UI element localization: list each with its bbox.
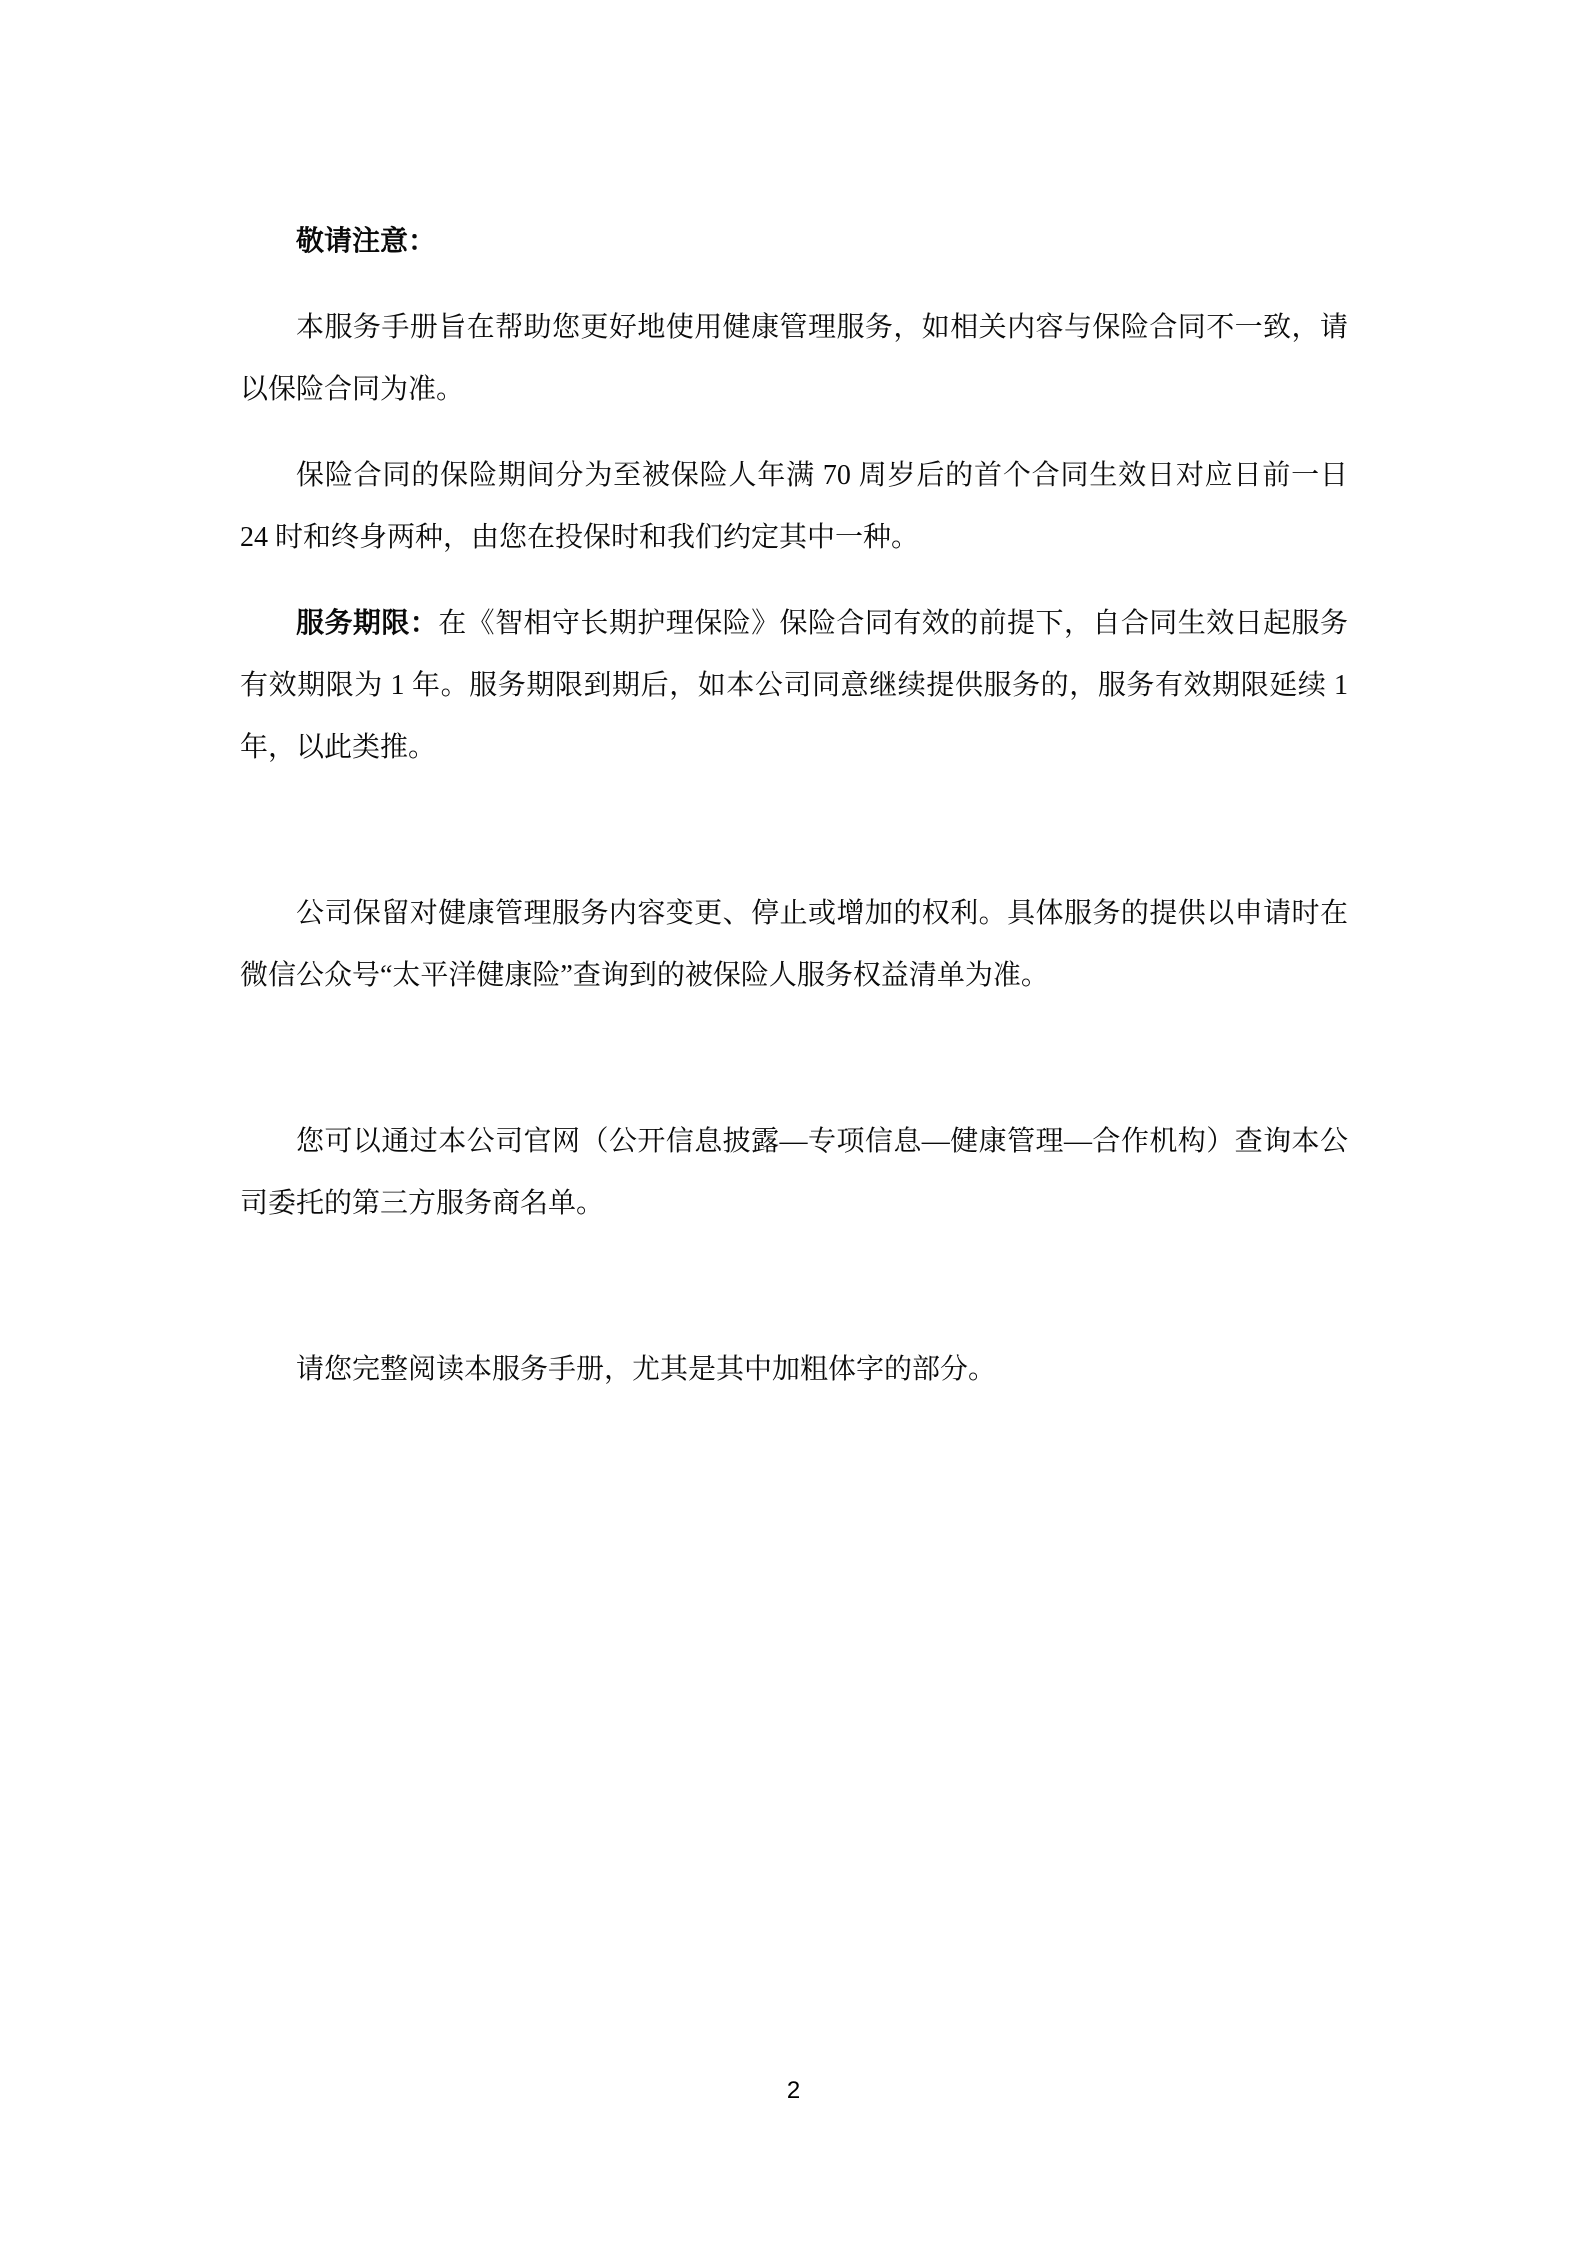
- paragraph-rights-reservation: 公司保留对健康管理服务内容变更、停止或增加的权利。具体服务的提供以申请时在微信公…: [240, 883, 1348, 1007]
- document-body: 敬请注意： 本服务手册旨在帮助您更好地使用健康管理服务，如相关内容与保险合同不一…: [240, 211, 1348, 1425]
- paragraph-service-term: 服务期限：在《智相守长期护理保险》保险合同有效的前提下，自合同生效日起服务有效期…: [240, 593, 1348, 779]
- document-page: 敬请注意： 本服务手册旨在帮助您更好地使用健康管理服务，如相关内容与保险合同不一…: [0, 0, 1587, 2245]
- page-number: 2: [0, 2076, 1587, 2106]
- paragraph-intro: 本服务手册旨在帮助您更好地使用健康管理服务，如相关内容与保险合同不一致，请以保险…: [240, 297, 1348, 421]
- notice-heading: 敬请注意：: [240, 211, 1348, 273]
- paragraph-official-website: 您可以通过本公司官网（公开信息披露—专项信息—健康管理—合作机构）查询本公司委托…: [240, 1111, 1348, 1235]
- paragraph-read-completely: 请您完整阅读本服务手册，尤其是其中加粗体字的部分。: [240, 1339, 1348, 1401]
- paragraph-insurance-period: 保险合同的保险期间分为至被保险人年满 70 周岁后的首个合同生效日对应日前一日 …: [240, 445, 1348, 569]
- service-term-label: 服务期限：: [296, 608, 438, 639]
